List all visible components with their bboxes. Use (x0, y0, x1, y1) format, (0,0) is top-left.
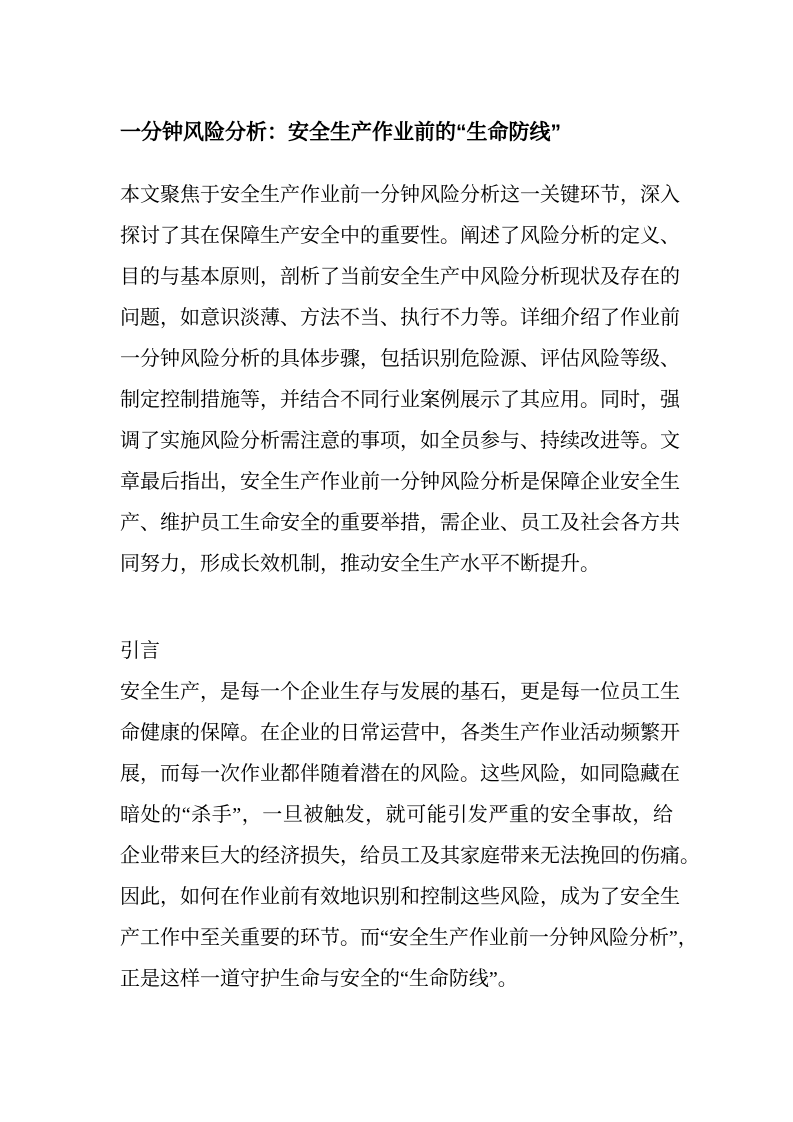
text-line: 问题，如意识淡薄、方法不当、执行不力等。详细介绍了作业前 (120, 298, 673, 339)
text-line: 同努力，形成长效机制，推动安全生产水平不断提升。 (120, 544, 673, 585)
text-line: 目的与基本原则，剖析了当前安全生产中风险分析现状及存在的 (120, 257, 673, 298)
text-line: 暗处的“杀手”，一旦被触发，就可能引发严重的安全事故，给 (120, 795, 673, 836)
text-line: 产、维护员工生命安全的重要举措，需企业、员工及社会各方共 (120, 503, 673, 544)
section-heading-introduction: 引言 (120, 631, 673, 672)
text-line: 探讨了其在保障生产安全中的重要性。阐述了风险分析的定义、 (120, 216, 673, 257)
document-page: 一分钟风险分析：安全生产作业前的“生命防线” 本文聚焦于安全生产作业前一分钟风险… (0, 0, 793, 1122)
text-line: 本文聚焦于安全生产作业前一分钟风险分析这一关键环节，深入 (120, 175, 673, 216)
text-line: 安全生产，是每一个企业生存与发展的基石，更是每一位员工生 (120, 672, 673, 713)
text-block: 一分钟风险分析：安全生产作业前的“生命防线” 本文聚焦于安全生产作业前一分钟风险… (120, 118, 673, 1000)
text-line: 产工作中至关重要的环节。而“安全生产作业前一分钟风险分析”， (120, 918, 673, 959)
text-line: 制定控制措施等，并结合不同行业案例展示了其应用。同时，强 (120, 380, 673, 421)
text-line: 因此，如何在作业前有效地识别和控制这些风险，成为了安全生 (120, 877, 673, 918)
text-line: 章最后指出，安全生产作业前一分钟风险分析是保障企业安全生 (120, 462, 673, 503)
introduction-section: 引言 安全生产，是每一个企业生存与发展的基石，更是每一位员工生命健康的保障。在企… (120, 631, 673, 1000)
text-line: 调了实施风险分析需注意的事项，如全员参与、持续改进等。文 (120, 421, 673, 462)
text-line: 命健康的保障。在企业的日常运营中，各类生产作业活动频繁开 (120, 713, 673, 754)
text-line: 正是这样一道守护生命与安全的“生命防线”。 (120, 959, 673, 1000)
document-title: 一分钟风险分析：安全生产作业前的“生命防线” (120, 118, 673, 148)
introduction-paragraph: 安全生产，是每一个企业生存与发展的基石，更是每一位员工生命健康的保障。在企业的日… (120, 672, 673, 1000)
text-line: 展，而每一次作业都伴随着潜在的风险。这些风险，如同隐藏在 (120, 754, 673, 795)
text-line: 企业带来巨大的经济损失，给员工及其家庭带来无法挽回的伤痛。 (120, 836, 673, 877)
text-line: 一分钟风险分析的具体步骤，包括识别危险源、评估风险等级、 (120, 339, 673, 380)
abstract-paragraph: 本文聚焦于安全生产作业前一分钟风险分析这一关键环节，深入探讨了其在保障生产安全中… (120, 175, 673, 585)
